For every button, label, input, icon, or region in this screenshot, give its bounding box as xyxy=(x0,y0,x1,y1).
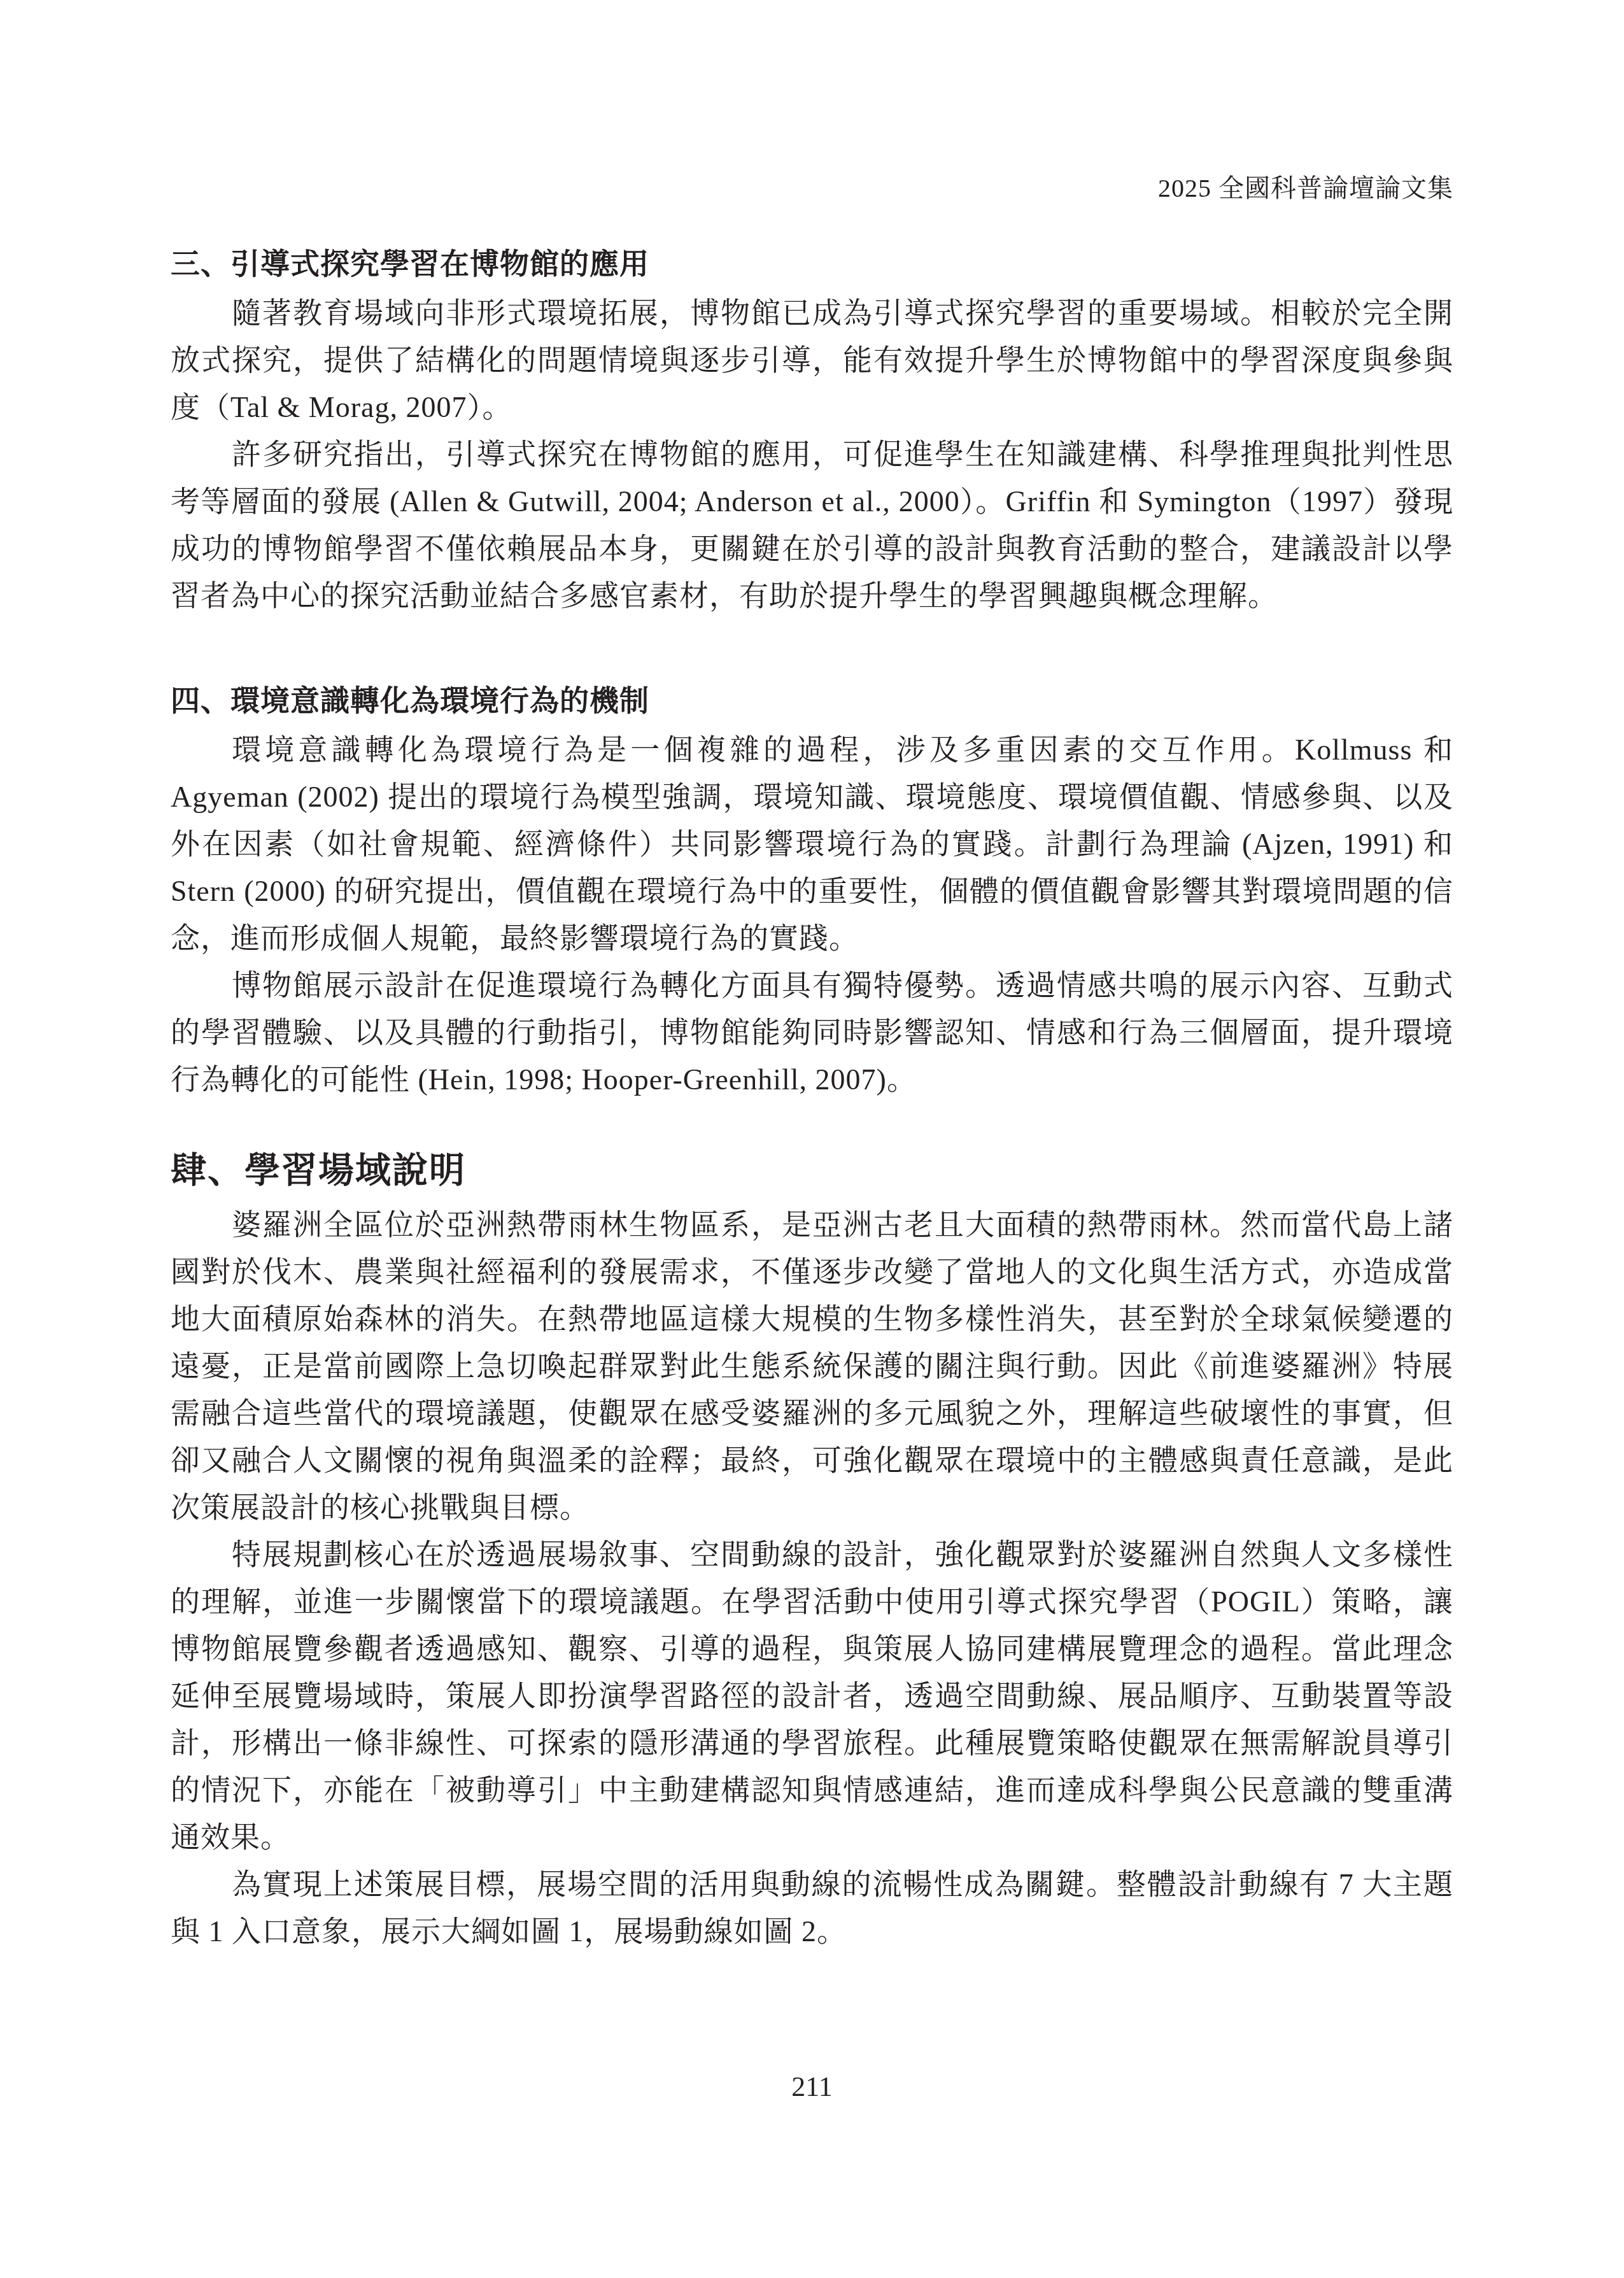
section-learning-venue: 肆、學習場域說明 婆羅洲全區位於亞洲熱帶雨林生物區系，是亞洲古老且大面積的熱帶雨… xyxy=(171,1140,1453,1955)
running-header: 2025 全國科普論壇論文集 xyxy=(1158,171,1453,206)
section-heading: 三、引導式探究學習在博物館的應用 xyxy=(171,239,1453,290)
paragraph: 婆羅洲全區位於亞洲熱帶雨林生物區系，是亞洲古老且大面積的熱帶雨林。然而當代島上諸… xyxy=(171,1201,1453,1531)
page-number: 211 xyxy=(0,2068,1624,2106)
spacer xyxy=(171,1103,1453,1140)
paragraph: 為實現上述策展目標，展場空間的活用與動線的流暢性成為關鍵。整體設計動線有 7 大… xyxy=(171,1861,1453,1955)
paragraph: 許多研究指出，引導式探究在博物館的應用，可促進學生在知識建構、科學推理與批判性思… xyxy=(171,431,1453,619)
paragraph: 隨著教育場域向非形式環境拓展，博物館已成為引導式探究學習的重要場域。相較於完全開… xyxy=(171,290,1453,431)
spacer xyxy=(171,619,1453,676)
section-heading: 四、環境意識轉化為環境行為的機制 xyxy=(171,676,1453,726)
section-awareness-to-behavior: 四、環境意識轉化為環境行為的機制 環境意識轉化為環境行為是一個複雜的過程，涉及多… xyxy=(171,676,1453,1103)
chapter-heading: 肆、學習場域說明 xyxy=(171,1140,1453,1201)
paragraph: 特展規劃核心在於透過展場敘事、空間動線的設計，強化觀眾對於婆羅洲自然與人文多樣性… xyxy=(171,1531,1453,1861)
paragraph: 環境意識轉化為環境行為是一個複雜的過程，涉及多重因素的交互作用。Kollmuss… xyxy=(171,726,1453,962)
section-guided-inquiry-in-museums: 三、引導式探究學習在博物館的應用 隨著教育場域向非形式環境拓展，博物館已成為引導… xyxy=(171,239,1453,619)
paragraph: 博物館展示設計在促進環境行為轉化方面具有獨特優勢。透過情感共鳴的展示內容、互動式… xyxy=(171,962,1453,1103)
page-body: 三、引導式探究學習在博物館的應用 隨著教育場域向非形式環境拓展，博物館已成為引導… xyxy=(171,239,1453,1955)
